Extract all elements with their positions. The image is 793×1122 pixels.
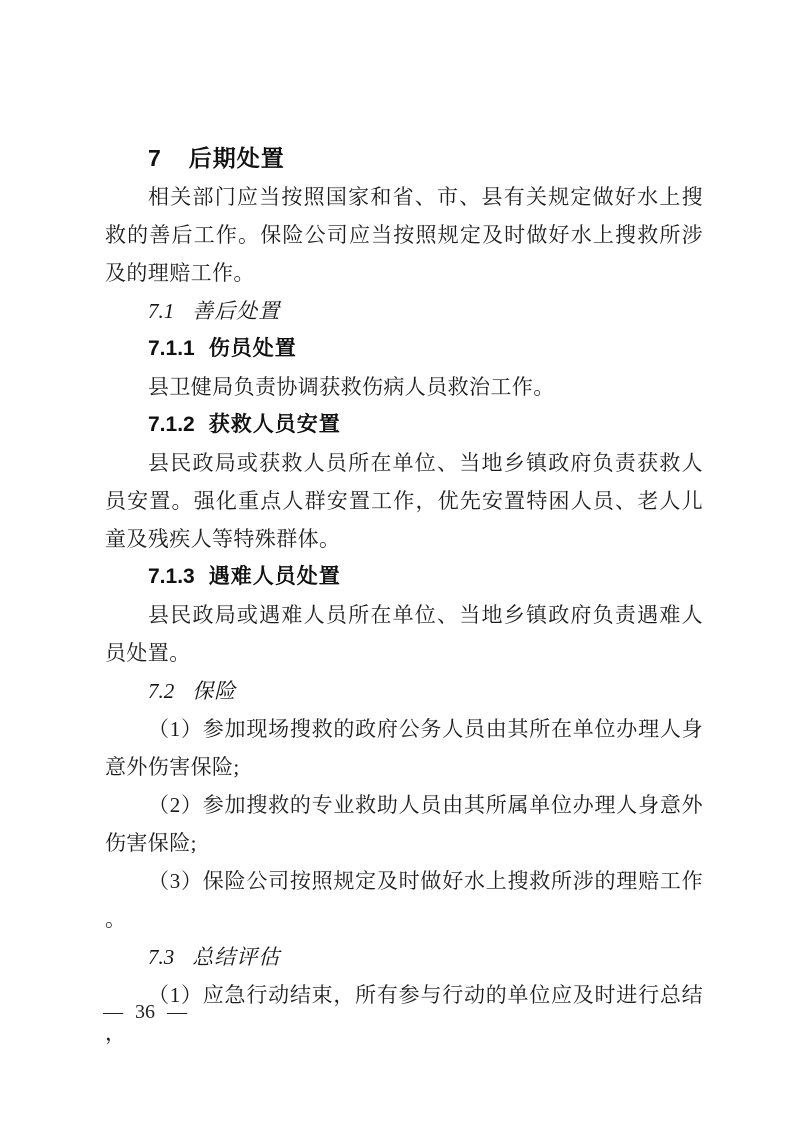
section-number: 7.1.2 xyxy=(148,413,195,436)
section-title: 总结评估 xyxy=(192,945,280,969)
section-number: 7.3 xyxy=(148,945,174,969)
section-number: 7.1 xyxy=(148,299,174,323)
section-title: 后期处置 xyxy=(189,145,285,171)
section-heading-7-2: 7.2保险 xyxy=(105,672,703,710)
section-heading-7-1-1: 7.1.1伤员处置 xyxy=(105,330,703,368)
section-number: 7.2 xyxy=(148,679,174,703)
paragraph: 相关部门应当按照国家和省、市、县有关规定做好水上搜救的善后工作。保险公司应当按照… xyxy=(105,178,703,292)
paragraph: 县民政局或遇难人员所在单位、当地乡镇政府负责遇难人员处置。 xyxy=(105,596,703,672)
section-title: 获救人员安置 xyxy=(209,413,341,436)
section-title: 伤员处置 xyxy=(209,337,297,360)
footer-dash-left: — xyxy=(103,1001,123,1023)
section-heading-7-1: 7.1善后处置 xyxy=(105,292,703,330)
paragraph: 县民政局或获救人员所在单位、当地乡镇政府负责获救人员安置。强化重点人群安置工作，… xyxy=(105,444,703,558)
section-number: 7 xyxy=(148,145,161,171)
paragraph: 县卫健局负责协调获救伤病人员救治工作。 xyxy=(105,368,703,406)
section-title: 善后处置 xyxy=(192,299,280,323)
section-title: 保险 xyxy=(192,679,236,703)
section-heading-7-3: 7.3总结评估 xyxy=(105,938,703,976)
section-heading-7-1-3: 7.1.3遇难人员处置 xyxy=(105,558,703,596)
document-page: 7后期处置 相关部门应当按照国家和省、市、县有关规定做好水上搜救的善后工作。保险… xyxy=(0,0,793,1122)
footer-dash-right: — xyxy=(167,1001,187,1023)
section-heading-7: 7后期处置 xyxy=(105,138,703,178)
paragraph: （3）保险公司按照规定及时做好水上搜救所涉的理赔工作。 xyxy=(105,862,703,938)
section-number: 7.1.3 xyxy=(148,565,195,588)
page-footer: —36— xyxy=(103,997,187,1027)
paragraph: （1）参加现场搜救的政府公务人员由其所在单位办理人身意外伤害保险; xyxy=(105,710,703,786)
section-title: 遇难人员处置 xyxy=(209,565,341,588)
paragraph: （2）参加搜救的专业救助人员由其所属单位办理人身意外伤害保险; xyxy=(105,786,703,862)
paragraph: （1）应急行动结束，所有参与行动的单位应及时进行总结， xyxy=(105,976,703,1052)
section-heading-7-1-2: 7.1.2获救人员安置 xyxy=(105,406,703,444)
document-body: 7后期处置 相关部门应当按照国家和省、市、县有关规定做好水上搜救的善后工作。保险… xyxy=(105,138,703,1052)
page-number: 36 xyxy=(135,1001,155,1023)
section-number: 7.1.1 xyxy=(148,337,195,360)
